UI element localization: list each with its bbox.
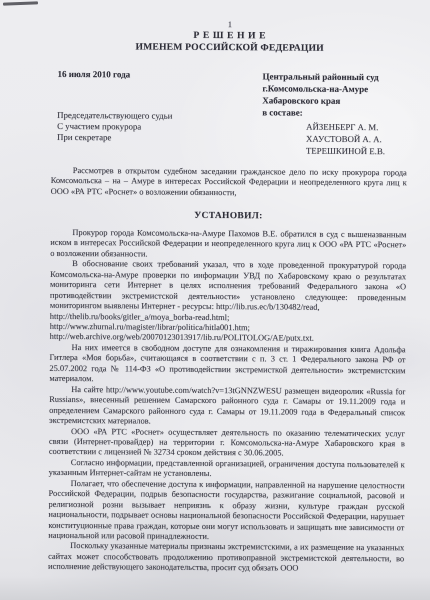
judge-name: АЙЗЕНБЕРГ А. М. (306, 120, 407, 133)
header-row: 16 июля 2010 года Председательствующего … (51, 68, 408, 156)
secretary-name: ТЕРЕШКИНОЙ Е.В. (306, 144, 407, 157)
role-prosecutor: С участием прокурора (57, 120, 172, 132)
body-paragraph: Полагает, что обеспечение доступа к инфо… (48, 479, 404, 544)
decision-subtitle: ИМЕНЕМ РОССИЙСКОЙ ФЕДЕРАЦИИ (52, 40, 408, 53)
court-name-line: г.Комсомольска-на-Амуре (262, 82, 407, 95)
court-name-line: в составе: (262, 106, 407, 119)
body-paragraph: На них имеется в свободном доступе для о… (49, 343, 405, 387)
panel-names: АЙЗЕНБЕРГ А. М. ХАУСТОВОЙ А. А. ТЕРЕШКИН… (306, 120, 407, 157)
decision-body: Прокурор города Комсомольска-на-Амуре Па… (48, 228, 406, 575)
document-content: 1 Р Е Ш Е Н И Е ИМЕНЕМ РОССИЙСКОЙ ФЕДЕРА… (0, 0, 430, 575)
body-paragraph: ООО «РА РТС «Роснет» осуществляет деятел… (49, 426, 405, 460)
header-left-column: 16 июля 2010 года Председательствующего … (51, 68, 173, 155)
body-paragraph: Прокурор города Комсомольска-на-Амуре Па… (50, 228, 406, 262)
body-paragraph: Согласно информации, представленной орга… (49, 458, 405, 481)
court-name-line: Хабаровского края (262, 94, 407, 107)
decision-date: 16 июля 2010 года (57, 68, 172, 80)
court-name-line: Центральный районный суд (262, 70, 407, 83)
role-secretary: При секретаре (57, 131, 172, 143)
court-name-block: Центральный районный суд г.Комсомольска-… (262, 70, 407, 119)
header-right-column: Центральный районный суд г.Комсомольска-… (262, 70, 408, 157)
body-paragraph: Поскольку указанные материалы признаны э… (48, 541, 404, 575)
role-presiding-judge: Председательствующего судьи (57, 109, 172, 121)
scanned-court-decision-page: 1 Р Е Ш Е Н И Е ИМЕНЕМ РОССИЙСКОЙ ФЕДЕРА… (0, 0, 430, 600)
prosecutor-name: ХАУСТОВОЙ А. А. (306, 132, 407, 145)
established-heading: УСТАНОВИЛ: (50, 210, 406, 222)
panel-roles: Председательствующего судьи С участием п… (57, 109, 172, 143)
body-paragraph: На сайте http://www.youtube.com/watch?v=… (49, 385, 405, 429)
body-paragraph: В обоснование своих требований указал, ч… (50, 259, 406, 314)
case-intro-paragraph: Рассмотрев в открытом судебном заседании… (51, 165, 407, 200)
page-number: 1 (52, 19, 408, 30)
